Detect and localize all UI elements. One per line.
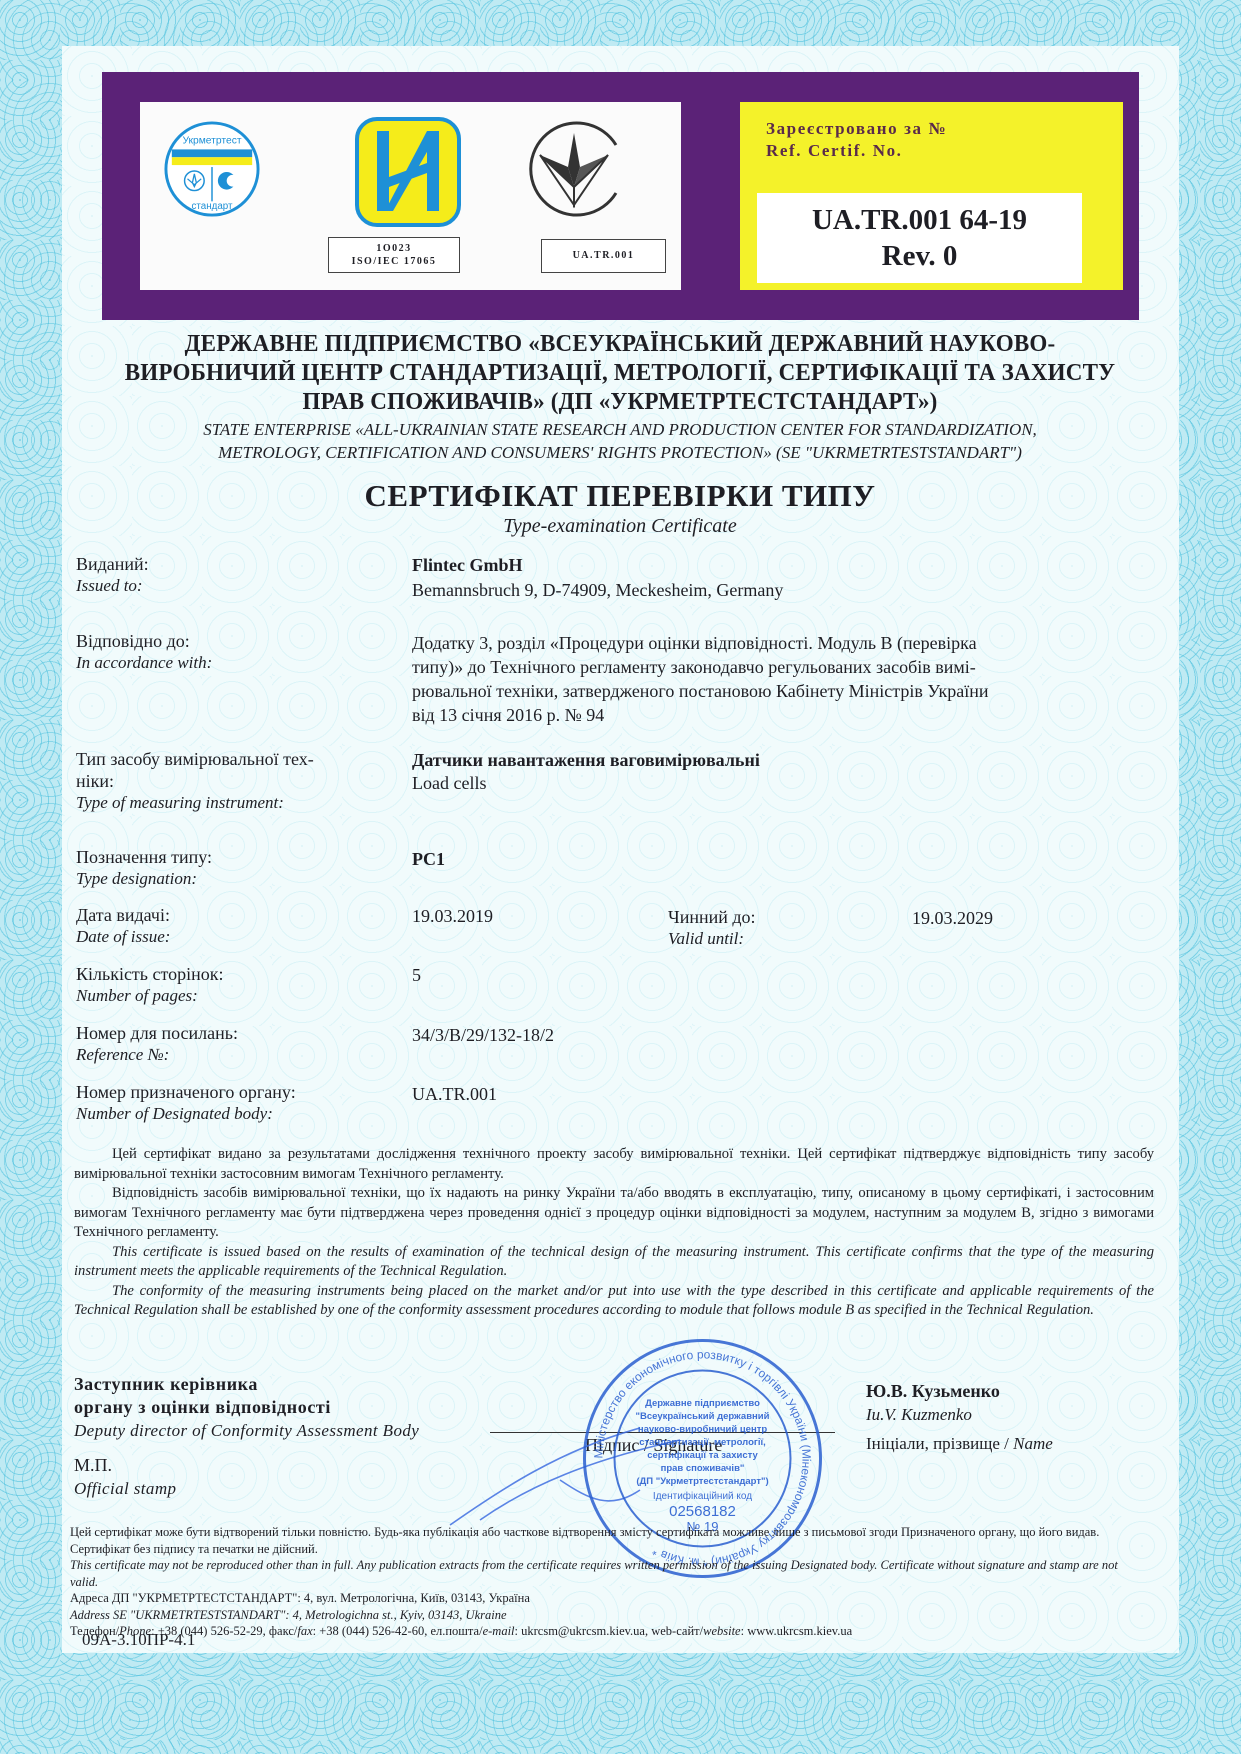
name-en: Iu.V. Kuzmenko <box>866 1403 1053 1426</box>
name-caption-ua: Ініціали, прізвище / <box>866 1434 1013 1453</box>
org-name-ua-line: ДЕРЖАВНЕ ПІДПРИЄМСТВО «ВСЕУКРАЇНСЬКИЙ ДЕ… <box>102 330 1139 359</box>
accordance-label: Відповідно до: In accordance with: <box>76 630 212 674</box>
pages-label: Кількість сторінок: Number of pages: <box>76 963 224 1007</box>
accordance-line: Додатку 3, розділ «Процедури оцінки відп… <box>412 631 989 655</box>
label-ua: Кількість сторінок: <box>76 963 224 985</box>
org-name-ua-line: ВИРОБНИЧИЙ ЦЕНТР СТАНДАРТИЗАЦІЇ, МЕТРОЛО… <box>102 359 1139 388</box>
designation-label: Позначення типу: Type designation: <box>76 846 212 890</box>
position-ua: органу з оцінки відповідності <box>74 1396 419 1419</box>
stamp-line: "Всеукраїнський державний <box>636 1411 770 1422</box>
label-en: Reference №: <box>76 1044 238 1066</box>
stamp-line: науково-виробничий центр <box>638 1424 768 1435</box>
email-label: ел.пошта/ <box>430 1624 482 1638</box>
email-label-en: e-mail <box>483 1624 515 1638</box>
label-en: Type designation: <box>76 868 212 890</box>
notice-ua: Цей сертифікат може бути відтворений тіл… <box>70 1524 1145 1557</box>
web-label: web-сайт/ <box>651 1624 703 1638</box>
statement-paragraph: Відповідність засобів вимірювальної техн… <box>74 1184 1154 1243</box>
accordance-line: типу)» до Технічного регламенту законода… <box>412 655 989 679</box>
stamp-line: прав споживачів" <box>661 1463 745 1474</box>
signatory-position: Заступник керівника органу з оцінки відп… <box>74 1373 419 1500</box>
reference-label: Номер для посилань: Reference №: <box>76 1022 238 1066</box>
instrument-type-ua: Датчики навантаження ваговимірювальні <box>412 749 760 772</box>
label-ua: Позначення типу: <box>76 846 212 868</box>
title-en: Type-examination Certificate <box>80 514 1160 538</box>
label-en: Valid until: <box>668 928 756 950</box>
stamp-id-code: 02568182 <box>669 1503 736 1520</box>
registration-label: Зареєстровано за № Ref. Certif. No. <box>766 118 947 162</box>
notice-en: This certificate may not be reproduced o… <box>70 1557 1145 1590</box>
accreditation-standard: ISO/IEC 17065 <box>329 255 459 268</box>
stamp-label-en: Official stamp <box>74 1477 419 1500</box>
organization-name: ДЕРЖАВНЕ ПІДПРИЄМСТВО «ВСЕУКРАЇНСЬКИЙ ДЕ… <box>80 330 1160 463</box>
ua-tr-number-box: UA.TR.001 <box>541 239 666 273</box>
registration-number-box: UA.TR.001 64-19 Rev. 0 <box>757 193 1082 283</box>
accordance-line: від 13 січня 2016 р. № 94 <box>412 703 989 727</box>
stamp-label-ua: М.П. <box>74 1454 419 1477</box>
valid-until-label: Чинний до: Valid until: <box>668 906 756 950</box>
label-en: Date of issue: <box>76 926 170 948</box>
position-ua: Заступник керівника <box>74 1373 419 1396</box>
address-en: Address SE "UKRMETRTESTSTANDART": 4, Met… <box>70 1607 1145 1624</box>
issued-to-value: Flintec GmbH Bemannsbruch 9, D-74909, Me… <box>412 554 783 602</box>
label-en: Number of Designated body: <box>76 1103 296 1125</box>
registration-label-en: Ref. Certif. No. <box>766 140 947 162</box>
instrument-type-en: Load cells <box>412 772 760 795</box>
label-ua: Виданий: <box>76 553 149 575</box>
designation-value: PC1 <box>412 848 445 871</box>
statement-paragraph: Цей сертифікат видано за результатами до… <box>74 1145 1154 1184</box>
pages-value: 5 <box>412 964 421 987</box>
label-ua: Чинний до: <box>668 906 756 928</box>
signatory-name: Ю.В. Кузьменко Iu.V. Kuzmenko Ініціали, … <box>866 1380 1053 1455</box>
svg-text:Укрметртест: Укрметртест <box>182 136 241 147</box>
ua-conformity-mark-icon <box>524 115 624 223</box>
stamp-line: сертифікації та захисту <box>647 1450 758 1461</box>
web-label-en: website <box>703 1624 741 1638</box>
label-ua: Тип засобу вимірювальної тех- <box>76 748 314 770</box>
label-ua: Номер призначеного органу: <box>76 1081 296 1103</box>
label-en: In accordance with: <box>76 652 212 674</box>
stamp-line: Державне підприємство <box>645 1398 760 1409</box>
org-name-ua-line: ПРАВ СПОЖИВАЧІВ» (ДП «УКРМЕТРТЕСТСТАНДАР… <box>102 388 1139 417</box>
label-ua: Відповідно до: <box>76 630 212 652</box>
reference-value: 34/3/B/29/132-18/2 <box>412 1024 554 1047</box>
accordance-line: рювальної техніки, затвердженого постано… <box>412 679 989 703</box>
address-ua: Адреса ДП "УКРМЕТРТЕСТСТАНДАРТ": 4, вул.… <box>70 1590 1145 1607</box>
certificate-statements: Цей сертифікат видано за результатами до… <box>74 1145 1154 1321</box>
statement-paragraph: This certificate is issued based on the … <box>74 1243 1154 1282</box>
fax-label: факс/ <box>269 1624 297 1638</box>
name-ua: Ю.В. Кузьменко <box>866 1380 1053 1403</box>
registration-number: UA.TR.001 64-19 <box>757 202 1082 238</box>
statement-paragraph: The conformity of the measuring instrume… <box>74 1282 1154 1321</box>
company-address: Bemannsbruch 9, D-74909, Meckesheim, Ger… <box>412 579 783 602</box>
designated-body-value: UA.TR.001 <box>412 1083 497 1106</box>
accreditation-number-box: 1O023 ISO/IEC 17065 <box>328 237 460 273</box>
accordance-value: Додатку 3, розділ «Процедури оцінки відп… <box>412 631 989 727</box>
stamp-line: Ідентифікаційний код <box>653 1490 752 1502</box>
stamp-line: (ДП "Укрметртестстандарт") <box>636 1476 768 1487</box>
website-link[interactable]: : www.ukrcsm.kiev.ua <box>741 1624 853 1638</box>
name-caption-en: Name <box>1013 1434 1053 1453</box>
org-name-en-line: STATE ENTERPRISE «ALL-UKRAINIAN STATE RE… <box>80 419 1160 440</box>
email-link[interactable]: : ukrcsm@ukrcsm.kiev.ua, <box>515 1624 652 1638</box>
registration-revision: Rev. 0 <box>757 238 1082 274</box>
footer-notice: Цей сертифікат може бути відтворений тіл… <box>70 1524 1145 1640</box>
name-caption: Ініціали, прізвище / Name <box>866 1432 1053 1455</box>
issued-to-label: Виданий: Issued to: <box>76 553 149 597</box>
contacts: Телефон/Phone: +38 (044) 526-52-29, факс… <box>70 1623 1145 1640</box>
label-ua: ніки: <box>76 770 314 792</box>
issue-date-label: Дата видачі: Date of issue: <box>76 904 170 948</box>
issue-date-value: 19.03.2019 <box>412 905 493 928</box>
accreditation-number: 1O023 <box>329 242 459 255</box>
valid-until-value: 19.03.2029 <box>912 907 993 930</box>
form-code: 09А-3.10ПР-4.1 <box>82 1630 195 1650</box>
label-en: Type of measuring instrument: <box>76 792 314 814</box>
certificate-title: СЕРТИФІКАТ ПЕРЕВІРКИ ТИПУ Type-examinati… <box>80 478 1160 538</box>
label-en: Issued to: <box>76 575 149 597</box>
instrument-value: Датчики навантаження ваговимірювальні Lo… <box>412 749 760 795</box>
registration-label-ua: Зареєстровано за № <box>766 118 947 140</box>
stamp-line: стандартизації, метрології, <box>639 1437 766 1448</box>
fax: : +38 (044) 526-42-60, <box>313 1624 431 1638</box>
company-name: Flintec GmbH <box>412 554 783 577</box>
fax-label-en: fax <box>297 1624 312 1638</box>
org-name-en-line: METROLOGY, CERTIFICATION AND CONSUMERS' … <box>80 442 1160 463</box>
label-en: Number of pages: <box>76 985 224 1007</box>
ukrmetrteststandart-logo-icon: Укрметртест стандарт <box>163 120 261 218</box>
designated-body-label: Номер призначеного органу: Number of Des… <box>76 1081 296 1125</box>
position-en: Deputy director of Conformity Assessment… <box>74 1419 419 1442</box>
label-ua: Номер для посилань: <box>76 1022 238 1044</box>
svg-text:стандарт: стандарт <box>191 201 233 212</box>
title-ua: СЕРТИФІКАТ ПЕРЕВІРКИ ТИПУ <box>80 478 1160 514</box>
label-ua: Дата видачі: <box>76 904 170 926</box>
accreditation-logo-icon <box>355 117 461 227</box>
instrument-label: Тип засобу вимірювальної тех- ніки: Type… <box>76 748 314 814</box>
